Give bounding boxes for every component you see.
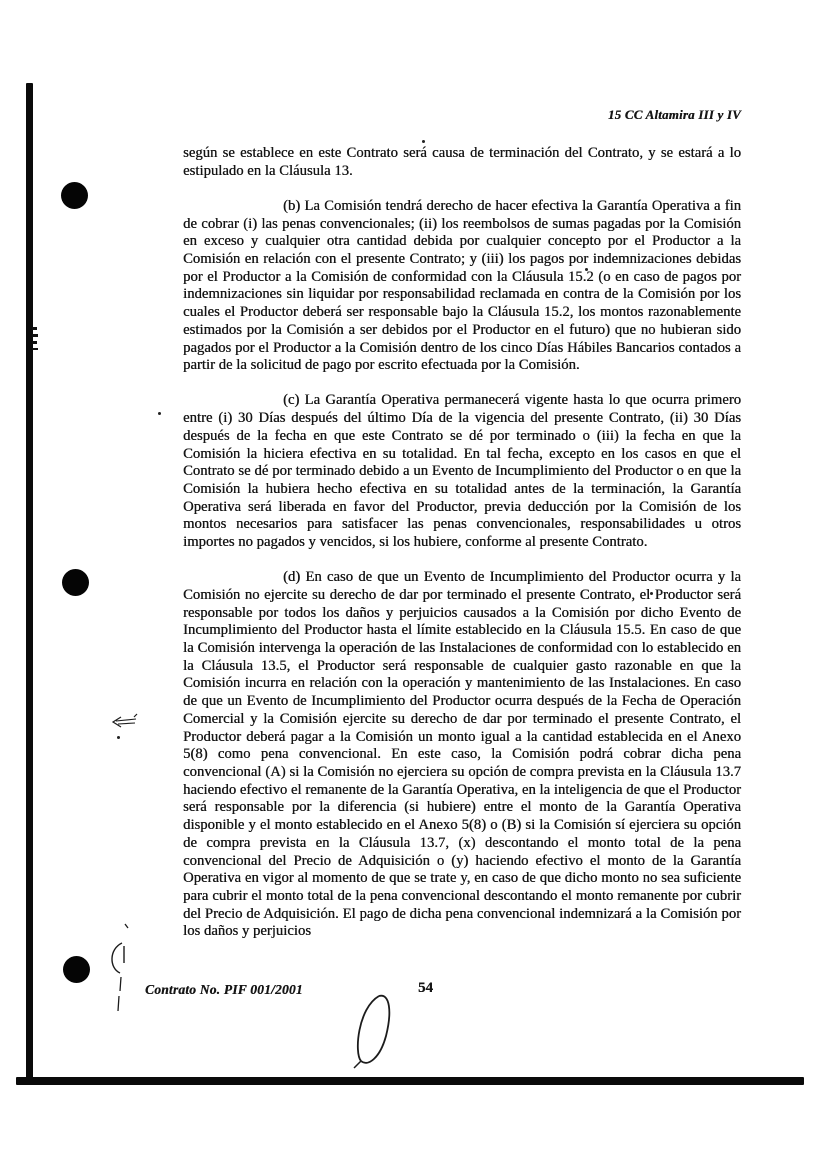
contract-body-text: según se establece en este Contrato será…: [183, 145, 741, 959]
scan-tick-mark: [32, 341, 37, 344]
scanned-contract-page: 15 CC Altamira III y IV según se estable…: [0, 0, 828, 1169]
paragraph-continuation: según se establece en este Contrato será…: [183, 145, 741, 180]
footer-contract-number: Contrato No. PIF 001/2001: [145, 982, 303, 998]
paragraph-clause-c: (c) La Garantía Operativa permanecerá vi…: [183, 392, 741, 551]
scan-tick-mark: [32, 334, 38, 337]
handwritten-oval-mark: [349, 992, 401, 1070]
paragraph-clause-d: (d) En caso de que un Evento de Incumpli…: [183, 569, 741, 941]
scan-speck: [650, 592, 653, 595]
punch-hole-mark: [61, 182, 88, 209]
scan-border-left-bar: [26, 83, 33, 1083]
scan-tick-mark: [32, 327, 37, 330]
scan-tick-mark: [32, 348, 38, 350]
handwritten-bracket-mark: [100, 915, 140, 1020]
scan-speck: [422, 140, 425, 143]
scan-speck: [117, 736, 120, 739]
scan-border-bottom-bar: [16, 1077, 804, 1085]
punch-hole-mark: [62, 569, 89, 596]
handwritten-arrow-mark: [106, 710, 140, 730]
scan-speck: [158, 412, 161, 415]
document-header-reference: 15 CC Altamira III y IV: [0, 107, 741, 123]
punch-hole-mark: [63, 956, 90, 983]
scan-speck: [585, 268, 588, 271]
page-number: 54: [418, 980, 433, 997]
paragraph-clause-b: (b) La Comisión tendrá derecho de hacer …: [183, 198, 741, 375]
